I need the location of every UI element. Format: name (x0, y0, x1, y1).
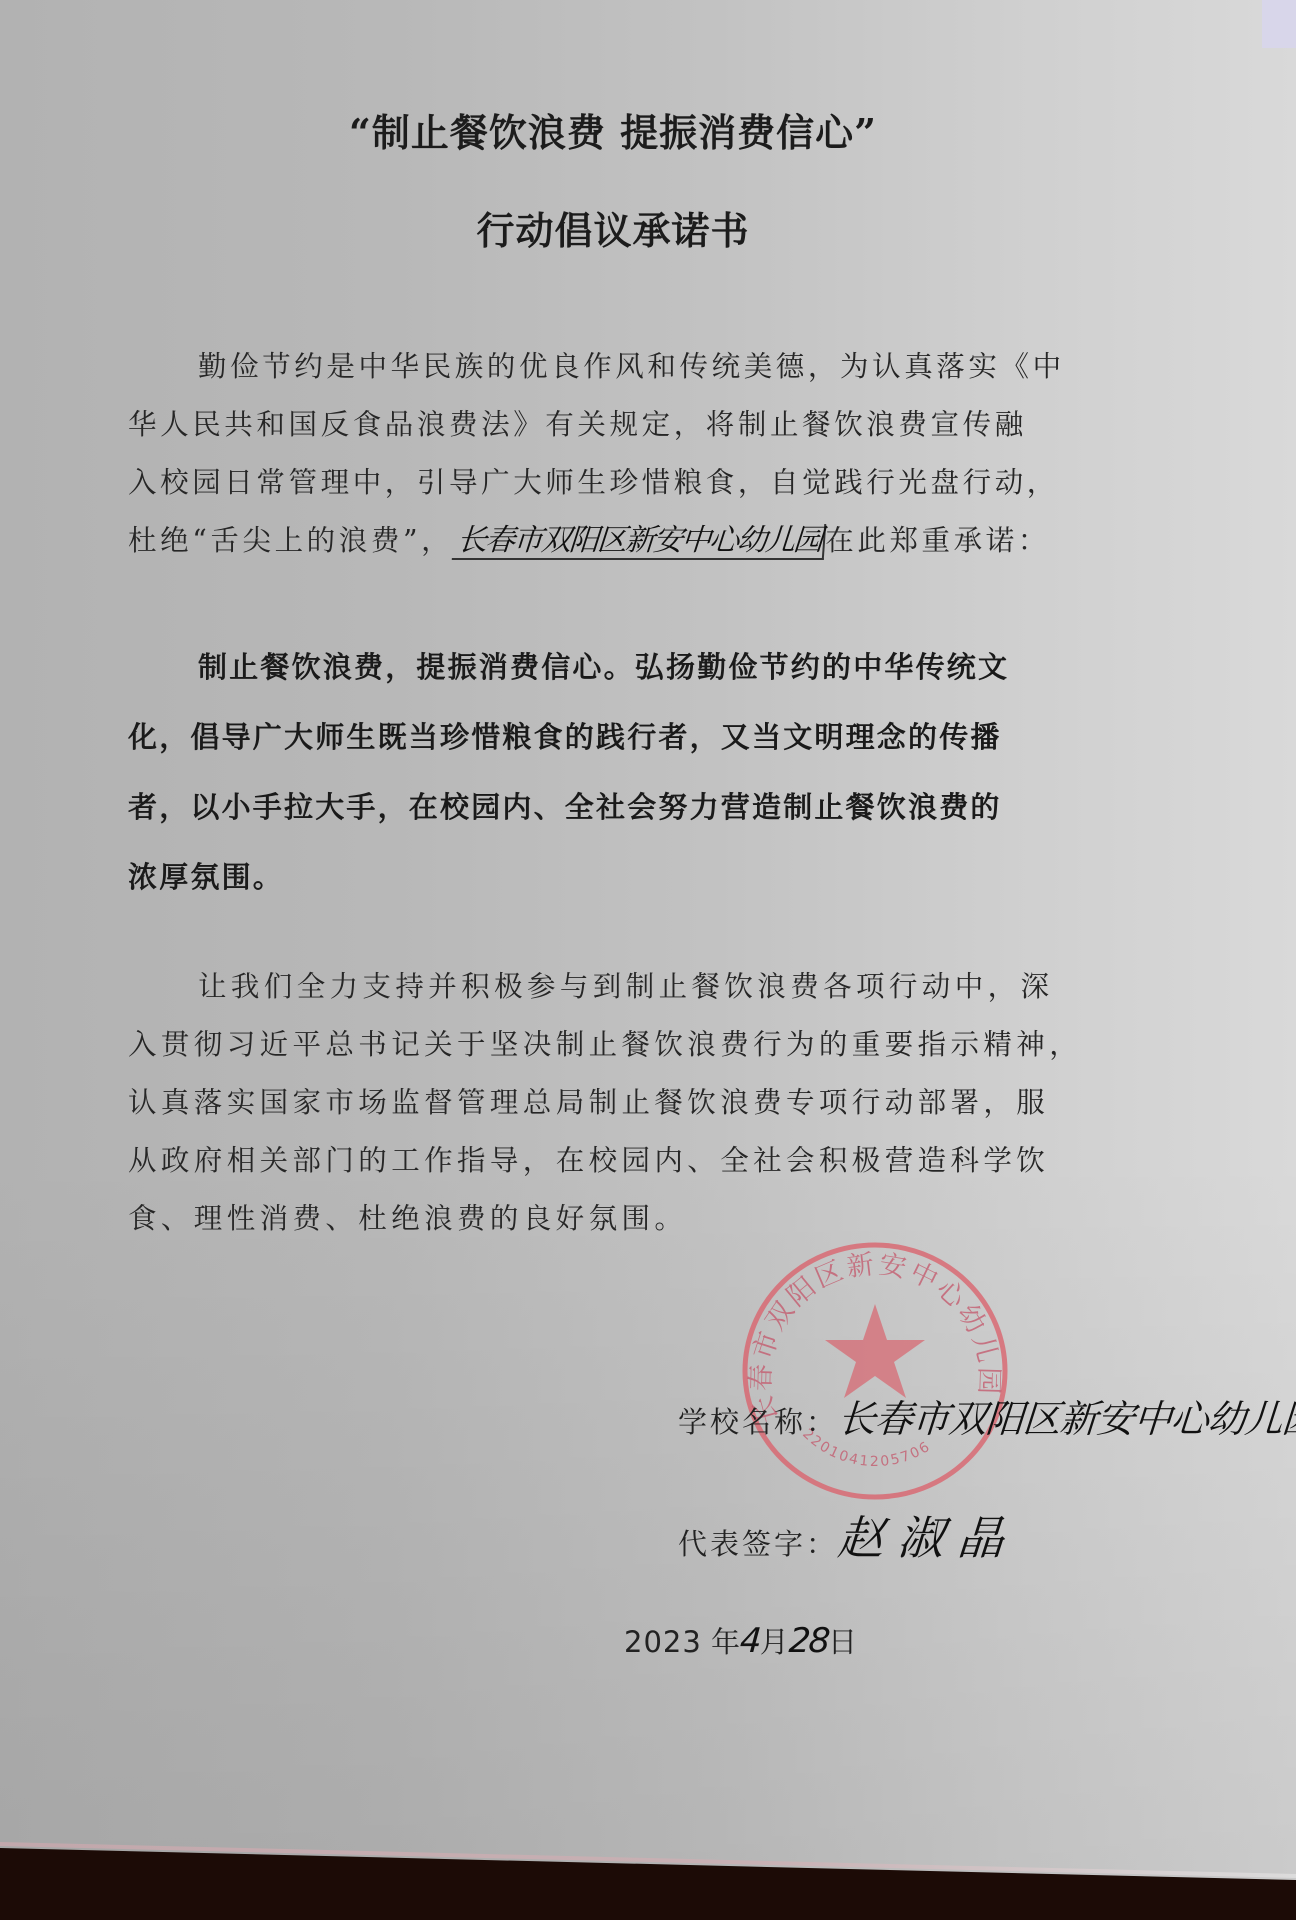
paragraph-line: 制止餐饮浪费，提振消费信心。弘扬勤俭节约的中华传统文 (128, 632, 1108, 702)
representative-label: 代表签字： (678, 1527, 838, 1561)
date-month: 4 (739, 1621, 761, 1661)
document-title-line1: “制止餐饮浪费 提振消费信心” (0, 102, 1226, 157)
date-day-unit: 日 (828, 1625, 857, 1659)
paragraph-commitment: 制止餐饮浪费，提振消费信心。弘扬勤俭节约的中华传统文 化，倡导广大师生既当珍惜粮… (128, 632, 1108, 912)
paragraph-line-with-school: 杜绝“舌尖上的浪费”，长春市双阳区新安中心幼儿园在此郑重承诺： (128, 512, 1108, 570)
paragraph-support: 让我们全力支持并积极参与到制止餐饮浪费各项行动中，深 入贯彻习近平总书记关于坚决… (128, 958, 1108, 1248)
date-month-unit: 月 (760, 1625, 789, 1659)
paragraph-line: 浓厚氛围。 (128, 842, 1108, 912)
paragraph-line: 华人民共和国反食品浪费法》有关规定，将制止餐饮浪费宣传融 (128, 396, 1108, 454)
date-year: 2023 (624, 1625, 702, 1659)
date-day: 28 (787, 1621, 829, 1661)
line-suffix: 在此郑重承诺： (825, 524, 1050, 557)
paragraph-line: 勤俭节约是中华民族的优良作风和传统美德，为认真落实《中 (128, 338, 1108, 396)
line-prefix: 杜绝“舌尖上的浪费”， (128, 524, 453, 557)
representative-signature: 赵淑晶 (836, 1502, 1021, 1568)
official-seal-stamp: 长春市双阳区新安中心幼儿园 2201041205706 (735, 1236, 1015, 1506)
paragraph-intro: 勤俭节约是中华民族的优良作风和传统美德，为认真落实《中 华人民共和国反食品浪费法… (128, 338, 1108, 570)
paragraph-line: 让我们全力支持并积极参与到制止餐饮浪费各项行动中，深 (128, 958, 1108, 1016)
school-name-label: 学校名称： (678, 1405, 838, 1439)
document-date: 2023 年4月28日 (624, 1620, 857, 1661)
paragraph-line: 化，倡导广大师生既当珍惜粮食的践行者，又当文明理念的传播 (128, 702, 1108, 772)
school-name-row: 学校名称：长春市双阳区新安中心幼儿园 (678, 1388, 1296, 1443)
handwritten-school-name: 长春市双阳区新安中心幼儿园 (452, 524, 827, 560)
corner-tint (1262, 0, 1296, 48)
paragraph-line: 者，以小手拉大手，在校园内、全社会努力营造制止餐饮浪费的 (128, 772, 1108, 842)
paragraph-line: 从政府相关部门的工作指导，在校园内、全社会积极营造科学饮 (128, 1132, 1108, 1190)
star-icon (825, 1304, 925, 1398)
date-year-unit: 年 (711, 1625, 740, 1659)
paragraph-line: 食、理性消费、杜绝浪费的良好氛围。 (128, 1190, 1108, 1248)
representative-signature-row: 代表签字：赵淑晶 (678, 1502, 1018, 1568)
document-title-line2: 行动倡议承诺书 (0, 200, 1226, 255)
school-name-handwritten: 长春市双阳区新安中心幼儿园 (836, 1388, 1296, 1443)
table-surface (0, 1830, 1296, 1920)
paragraph-line: 入贯彻习近平总书记关于坚决制止餐饮浪费行为的重要指示精神， (128, 1016, 1108, 1074)
paragraph-line: 入校园日常管理中，引导广大师生珍惜粮食，自觉践行光盘行动， (128, 454, 1108, 512)
paragraph-line: 认真落实国家市场监督管理总局制止餐饮浪费专项行动部署，服 (128, 1074, 1108, 1132)
